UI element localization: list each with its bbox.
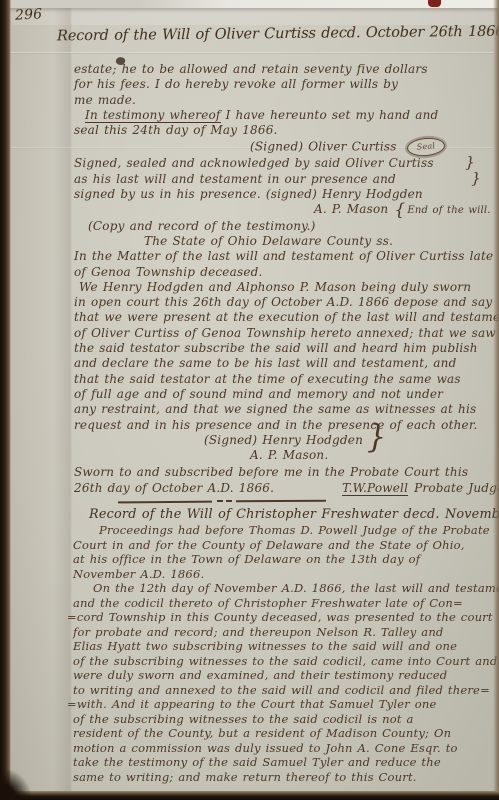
- text-line: =cord Township in this County deceased, …: [67, 610, 491, 625]
- text-line: as his last will and testament in our pr…: [74, 172, 491, 187]
- testator-signature-line: (Signed) Oliver CurtissSeal: [250, 138, 491, 156]
- bottom-left-corner-shadow: [0, 770, 34, 800]
- text-line: of full age and of sound mind and memory…: [74, 387, 491, 402]
- brace-icon: }: [471, 171, 481, 186]
- section-divider-dash: [217, 500, 223, 502]
- paper-light-band: [11, 8, 499, 25]
- text-line: take the testimony of the said Samuel Ty…: [73, 755, 491, 770]
- text-line: same to writing; and make return thereof…: [73, 770, 491, 785]
- text-line: In the Matter of the last will and testa…: [74, 249, 491, 264]
- binding-mark: [428, 0, 441, 7]
- section2-body: Record of the Will of Christopher Freshw…: [73, 507, 491, 784]
- witness-signature-line: (Signed) Henry Hodgden: [204, 433, 491, 448]
- text-line: We Henry Hodgden and Alphonso P. Mason b…: [79, 280, 491, 295]
- text-line: (Copy and record of the testimony.): [88, 219, 491, 234]
- book-spine-edge: [0, 0, 11, 800]
- text-line: and declare the same to be his last will…: [74, 356, 491, 371]
- ledger-page-photo: 296 Record of the Will of Oliver Curtiss…: [0, 0, 499, 800]
- text-line: Proceedings had before Thomas D. Powell …: [99, 523, 491, 538]
- text-line: Court in and for the County of Delaware …: [73, 538, 491, 553]
- page-number: 296: [15, 6, 43, 23]
- text-line: to writing and annexed to the said will …: [73, 683, 491, 698]
- text-line: =with. And it appearing to the Court tha…: [67, 697, 491, 712]
- text-span: 26th day of October A.D. 1866.: [74, 481, 274, 495]
- underlined-phrase: In testimony whereof: [85, 108, 221, 123]
- text-line: at his office in the Town of Delaware on…: [73, 552, 491, 567]
- text-line: November A.D. 1866.: [73, 567, 491, 582]
- text-line: Elias Hyatt two subscribing witnesses to…: [73, 639, 491, 654]
- text-line: estate; he to be allowed and retain seve…: [74, 62, 491, 77]
- signature-text: (Signed) Oliver Curtiss: [250, 140, 397, 154]
- text-line: any restraint, and that we signed the sa…: [74, 402, 491, 417]
- text-line: seal this 24th day of May 1866.: [74, 123, 491, 138]
- text-line: of the subscribing witnesses to the said…: [73, 654, 491, 669]
- venue-line: The State of Ohio Delaware County ss.: [144, 234, 491, 249]
- text-line: of Oliver Curtiss of Genoa Township here…: [74, 326, 491, 341]
- text-span: Signed, sealed and acknowledged by said …: [74, 156, 434, 170]
- seal-label: Seal: [416, 142, 435, 153]
- text-line: Signed, sealed and acknowledged by said …: [74, 156, 491, 171]
- jurat-line: 26th day of October A.D. 1866.T.W.Powell…: [74, 481, 491, 496]
- text-line: request and in his presence and in the p…: [74, 418, 491, 433]
- text-line: and the codicil thereto of Christopher F…: [73, 596, 491, 611]
- section1-body: estate; he to be allowed and retain seve…: [74, 62, 491, 496]
- text-line: of the subscribing witnesses to the said…: [73, 712, 491, 727]
- brace-icon: {: [394, 200, 405, 220]
- text-line: resident of the County, but a resident o…: [73, 726, 491, 741]
- witness-signature-line: A. P. Mason{End of the will.: [314, 202, 491, 218]
- text-span: I have hereunto set my hand and: [221, 108, 439, 122]
- text-line: were duly sworn and examined, and their …: [73, 668, 491, 683]
- brace-icon: }: [367, 429, 386, 445]
- text-line: me made.: [74, 93, 491, 108]
- signature-text: A. P. Mason: [314, 202, 388, 216]
- end-of-will-note: End of the will.: [407, 205, 490, 216]
- section-divider-dash: [226, 500, 232, 502]
- text-line: in open court this 26th day of October A…: [74, 295, 491, 310]
- text-span: as his last will and testament in our pr…: [74, 172, 396, 186]
- paper-crease: [11, 52, 494, 54]
- text-line: of Genoa Township deceased.: [74, 265, 491, 280]
- text-line: for his fees. I do hereby revoke all for…: [74, 77, 491, 92]
- bottom-page-edge: [0, 791, 499, 800]
- text-line: signed by us in his presence. (signed) H…: [74, 187, 491, 202]
- section2-title: Record of the Will of Christopher Freshw…: [89, 507, 491, 523]
- text-line: for probate and record; and thereupon Ne…: [73, 625, 491, 640]
- text-line: Sworn to and subscribed before me in the…: [74, 465, 491, 480]
- text-line: the said testator subscribe the said wil…: [74, 341, 491, 356]
- text-line: On the 12th day of November A.D. 1866, t…: [93, 581, 491, 596]
- text-line: motion a commission was duly issued to J…: [73, 741, 491, 756]
- seal-stamp-icon: Seal: [406, 137, 445, 158]
- judge-title: Probate Judge.: [414, 481, 499, 495]
- top-page-edge: [0, 0, 499, 8]
- text-line: that we were present at the execution of…: [74, 310, 491, 325]
- judge-signature: T.W.Powell: [342, 481, 408, 496]
- right-page-edge: [493, 0, 499, 800]
- text-line: that the said testator at the time of ex…: [74, 372, 491, 387]
- text-line: In testimony whereof I have hereunto set…: [85, 108, 491, 123]
- witness-signature-block: (Signed) Henry Hodgden A. P. Mason. }: [74, 433, 491, 464]
- left-margin-shade: [11, 0, 72, 791]
